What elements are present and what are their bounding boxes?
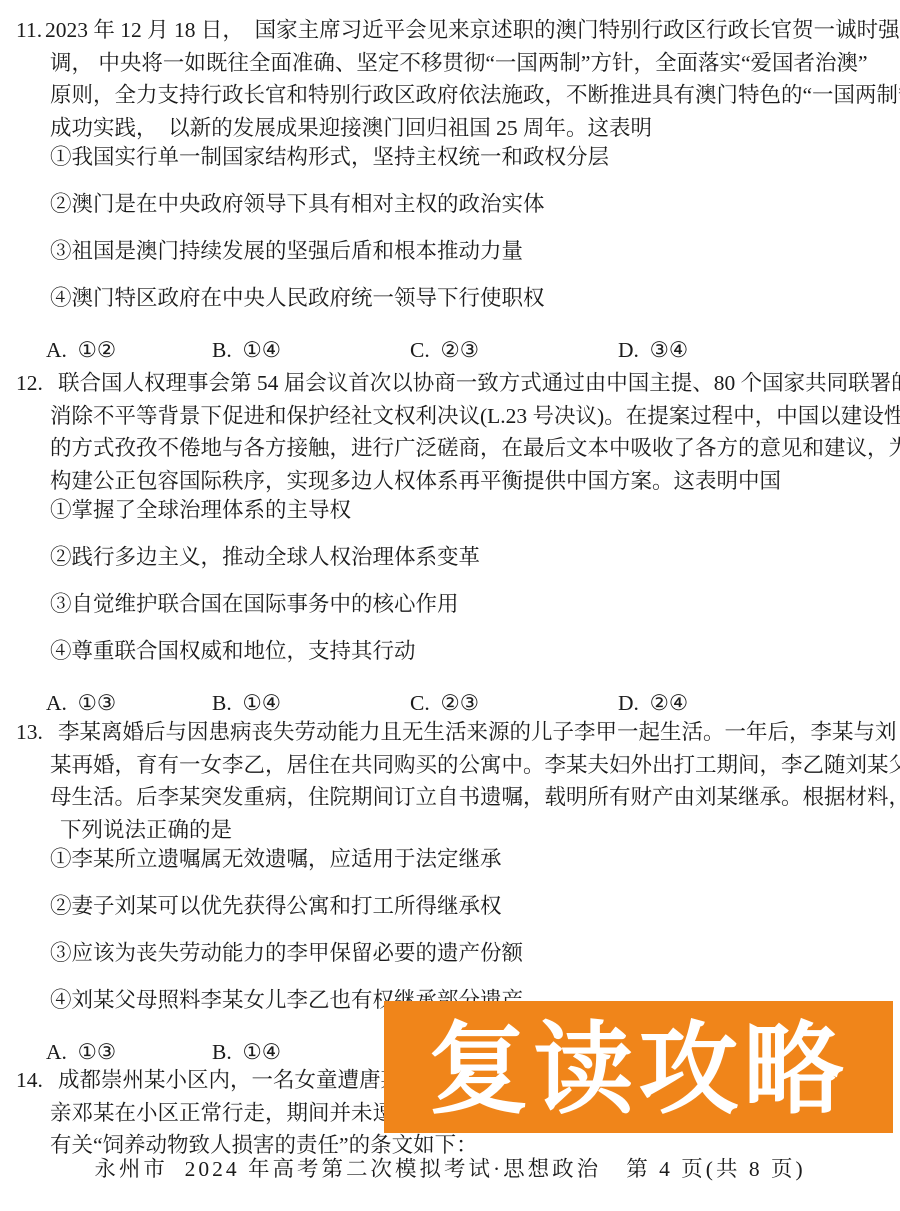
question-12-stem-line-3: 的方式孜孜不倦地与各方接触，进行广泛磋商，在最后文本中吸收了各方的意见和建议，为 bbox=[50, 432, 900, 465]
question-13-stem-line-2: 某再婚，育有一女李乙，居住在共同购买的公寓中。李某夫妇外出打工期间，李乙随刘某父 bbox=[50, 749, 900, 782]
question-12: 12. 联合国人权理事会第 54 届会议首次以协商一致方式通过由中国主提、80 … bbox=[0, 367, 900, 718]
question-11-statement-2: ②澳门是在中央政府领导下具有相对主权的政治实体 bbox=[50, 191, 900, 238]
watermark-overlay: 复读攻略 bbox=[384, 1001, 893, 1133]
question-11-option-c: C. ②③ bbox=[410, 337, 479, 364]
question-11-stem-line-4: 成功实践， 以新的发展成果迎接澳门回归祖国 25 周年。这表明 bbox=[50, 112, 900, 145]
question-13-option-b: B. ①④ bbox=[212, 1039, 281, 1066]
question-12-number: 12. bbox=[16, 367, 43, 400]
question-13-number: 13. bbox=[16, 716, 43, 749]
question-11-option-d: D. ③④ bbox=[618, 337, 688, 364]
question-12-option-b: B. ①④ bbox=[212, 690, 281, 717]
question-12-option-a: A. ①③ bbox=[46, 690, 116, 717]
question-11-number: 11. bbox=[16, 14, 42, 47]
question-11-statement-3: ③祖国是澳门持续发展的坚强后盾和根本推动力量 bbox=[50, 238, 900, 285]
question-11-options-row: A. ①② B. ①④ C. ②③ D. ③④ bbox=[0, 337, 900, 365]
question-13-stem-line-1: 李某离婚后与因患病丧失劳动能力且无生活来源的儿子李甲一起生活。一年后，李某与刘 bbox=[58, 716, 900, 749]
watermark-text: 复读攻略 bbox=[429, 1020, 849, 1120]
question-12-statement-3: ③自觉维护联合国在国际事务中的核心作用 bbox=[50, 591, 900, 638]
question-12-statement-2: ②践行多边主义，推动全球人权治理体系变革 bbox=[50, 544, 900, 591]
question-12-options-row: A. ①③ B. ①④ C. ②③ D. ②④ bbox=[0, 690, 900, 718]
question-11-stem-line-2: 调， 中央将一如既往全面准确、坚定不移贯彻“一国两制”方针，全面落实“爱国者治澳… bbox=[50, 47, 900, 80]
page-footer: 永州市 2024 年高考第二次模拟考试·思想政治 第 4 页(共 8 页) bbox=[0, 1153, 900, 1185]
question-13-stem-line-4: 下列说法正确的是 bbox=[60, 814, 900, 847]
question-12-option-d: D. ②④ bbox=[618, 690, 688, 717]
question-11-option-a: A. ①② bbox=[46, 337, 116, 364]
question-14-number: 14. bbox=[16, 1064, 43, 1097]
question-11-statement-4: ④澳门特区政府在中央人民政府统一领导下行使职权 bbox=[50, 285, 900, 332]
question-12-stem-line-2: 消除不平等背景下促进和保护经社文权利决议(L.23 号决议)。在提案过程中，中国… bbox=[50, 400, 900, 433]
exam-page: 11. 2023 年 12 月 18 日， 国家主席习近平会见来京述职的澳门特别… bbox=[0, 0, 900, 1211]
question-12-stem-line-1: 联合国人权理事会第 54 届会议首次以协商一致方式通过由中国主提、80 个国家共… bbox=[58, 367, 900, 400]
question-13-stem-line-3: 母生活。后李某突发重病，住院期间订立自书遗嘱，载明所有财产由刘某继承。根据材料， bbox=[50, 781, 900, 814]
question-12-stem-line-4: 构建公正包容国际秩序，实现多边人权体系再平衡提供中国方案。这表明中国 bbox=[50, 465, 900, 498]
question-11-stem-line-3: 原则，全力支持行政长官和特别行政区政府依法施政，不断推进具有澳门特色的“一国两制… bbox=[50, 79, 900, 112]
question-13-statement-2: ②妻子刘某可以优先获得公寓和打工所得继承权 bbox=[50, 893, 900, 940]
question-12-statement-4: ④尊重联合国权威和地位，支持其行动 bbox=[50, 638, 900, 685]
question-12-statement-1: ①掌握了全球治理体系的主导权 bbox=[50, 497, 900, 544]
question-11-option-b: B. ①④ bbox=[212, 337, 281, 364]
question-12-option-c: C. ②③ bbox=[410, 690, 479, 717]
question-13-option-a: A. ①③ bbox=[46, 1039, 116, 1066]
question-13-statement-3: ③应该为丧失劳动能力的李甲保留必要的遗产份额 bbox=[50, 940, 900, 987]
question-11-stem-line-1: 2023 年 12 月 18 日， 国家主席习近平会见来京述职的澳门特别行政区行… bbox=[45, 14, 900, 47]
question-11: 11. 2023 年 12 月 18 日， 国家主席习近平会见来京述职的澳门特别… bbox=[0, 14, 900, 365]
question-13-statement-1: ①李某所立遗嘱属无效遗嘱，应适用于法定继承 bbox=[50, 846, 900, 893]
question-11-statement-1: ①我国实行单一制国家结构形式，坚持主权统一和政权分层 bbox=[50, 144, 900, 191]
